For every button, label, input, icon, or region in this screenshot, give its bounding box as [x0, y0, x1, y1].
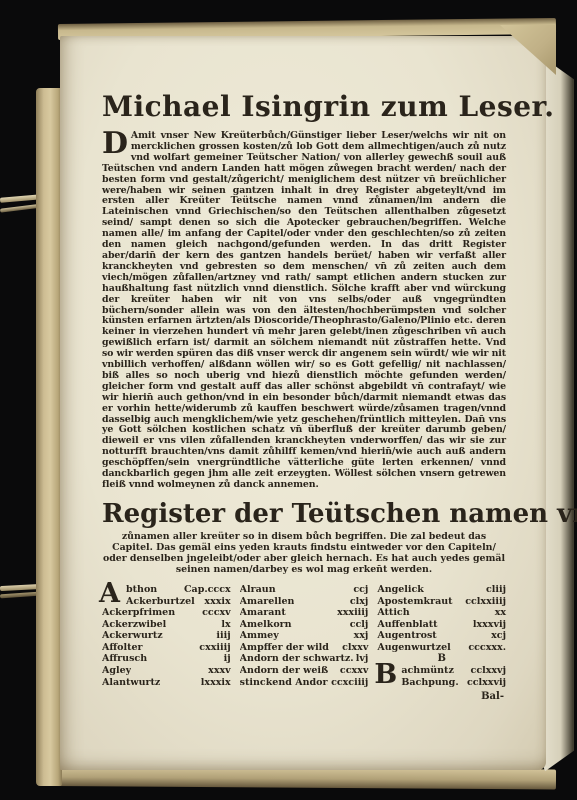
- index-entry: Augentrost xcj: [377, 630, 506, 642]
- entry-name: Amarellen: [240, 596, 295, 608]
- entry-name: Auffenblatt: [377, 619, 437, 631]
- drop-cap-d: D: [102, 131, 131, 154]
- entry-name: Agley: [102, 665, 131, 677]
- drop-cap-b: B: [374, 663, 397, 687]
- index-entry: Attich xx: [377, 607, 506, 619]
- index-entry: Amarant xxxiiij: [240, 607, 369, 619]
- register-heading: Register der Teütschen namen vnd: [102, 500, 506, 528]
- entry-page: xcj: [488, 630, 506, 642]
- index-entry: Amarellen clxj: [240, 596, 369, 608]
- entry-name: Augentrost: [377, 630, 436, 642]
- index-entry: Ackerpfrimen cccxv: [102, 607, 231, 619]
- preface-paragraph: DAmit vnser New Kreüterbůch/Günstiger li…: [102, 131, 506, 491]
- entry-name: Apostemkraut: [377, 596, 452, 608]
- entry-page: clxj: [347, 596, 369, 608]
- index-entry: Ampffer der wild clxxv: [240, 642, 369, 654]
- entry-name: Alantwurtz: [102, 677, 160, 689]
- index-column-2: Alraun ccj Amarellen clxj Amarant xxxiii…: [240, 584, 369, 688]
- entry-page: lx: [218, 619, 230, 631]
- index-entry-group-a: A bthon Cap.cccx Ackerburtzel xxxix: [102, 584, 231, 607]
- index-entry: Alantwurtz lxxxix: [102, 677, 231, 689]
- entry-name: Ammey: [240, 630, 279, 642]
- entry-name: Ackerzwibel: [102, 619, 166, 631]
- index-entry: Ackerburtzel xxxix: [126, 596, 231, 608]
- register-subheading: zůnamen aller kreüter so in disem bůch b…: [102, 531, 506, 575]
- index-entry: Affrusch ij: [102, 653, 231, 665]
- entry-page: cclj: [347, 619, 369, 631]
- index-table: A bthon Cap.cccx Ackerburtzel xxxix: [102, 584, 506, 688]
- entry-page: ccxciiij: [328, 677, 368, 689]
- index-entry: Ackerwurtz iiij: [102, 630, 231, 642]
- entry-page: cccxxx.: [465, 642, 506, 654]
- entry-page: xxxiiij: [334, 607, 368, 619]
- entry-name: Augenwurtzel: [377, 642, 450, 654]
- index-entry: Agley xxxv: [102, 665, 231, 677]
- entry-name: stinckend Andorn: [240, 677, 328, 689]
- entry-page: lvj: [353, 653, 369, 665]
- entry-page: xxxix: [201, 596, 230, 608]
- entry-page: lxxxix: [198, 677, 231, 689]
- entry-page: ij: [221, 653, 231, 665]
- entry-page: xx: [492, 607, 506, 619]
- index-entry: Andorn der schwartz. lvj: [240, 653, 369, 665]
- index-entry: stinckend Andorn ccxciiij: [240, 677, 369, 689]
- entry-name: Affolter: [102, 642, 143, 654]
- entry-page: cclxxvij: [464, 677, 506, 689]
- entry-name: Angelick: [377, 584, 424, 596]
- entry-page: cclxxiiij: [462, 596, 506, 608]
- entry-name: Affrusch: [102, 653, 147, 665]
- index-entry: Amelkorn cclj: [240, 619, 369, 631]
- clasp-strap-bottom-shadow: [0, 592, 40, 599]
- index-entry: Angelick cliij: [377, 584, 506, 596]
- index-entry: Augenwurtzel cccxxx.: [377, 642, 506, 654]
- entry-page: cxxiiij: [196, 642, 230, 654]
- entry-page: cclxxvj: [468, 665, 506, 677]
- entry-name: Attich: [377, 607, 409, 619]
- index-entry: Auffenblatt lxxxvij: [377, 619, 506, 631]
- book-photo: Michael Isingrin zum Leser. DAmit vnser …: [0, 0, 577, 800]
- preface-text: Amit vnser New Kreüterbůch/Günstiger lie…: [102, 130, 506, 490]
- index-entry: achmüntz cclxxvj: [401, 665, 506, 677]
- index-entry: Ackerzwibel lx: [102, 619, 231, 631]
- drop-cap-a: A: [99, 582, 120, 606]
- index-entry-group-b: B achmüntz cclxxvj Bachpung. cclxxvij: [377, 665, 506, 688]
- index-entry: Bachpung. cclxxvij: [401, 677, 506, 689]
- entry-page: Cap.cccx: [181, 584, 231, 596]
- entry-name: Ampffer der wild: [240, 642, 329, 654]
- entry-name: achmüntz: [401, 665, 454, 677]
- page-title: Michael Isingrin zum Leser.: [102, 92, 506, 122]
- entry-name: Bachpung.: [401, 677, 458, 689]
- entry-page: xxxv: [205, 665, 231, 677]
- catchword: Bal-: [102, 691, 506, 702]
- index-entry: Affolter cxxiiij: [102, 642, 231, 654]
- entry-page: clxxv: [339, 642, 368, 654]
- entry-name: Alraun: [240, 584, 276, 596]
- index-entry: bthon Cap.cccx: [126, 584, 231, 596]
- entry-name: Amelkorn: [240, 619, 292, 631]
- entry-name: Ackerwurtz: [102, 630, 163, 642]
- entry-page: cliij: [483, 584, 506, 596]
- entry-page: xxj: [351, 630, 369, 642]
- entry-page: iiij: [213, 630, 230, 642]
- entry-page: ccxxv: [337, 665, 368, 677]
- binding-spine-edge: [36, 88, 62, 786]
- index-column-1: A bthon Cap.cccx Ackerburtzel xxxix: [102, 584, 231, 688]
- entry-name: Ackerburtzel: [126, 596, 195, 608]
- next-page-edge: [544, 58, 574, 772]
- index-entry: Apostemkraut cclxxiiij: [377, 596, 506, 608]
- entry-page: lxxxvij: [470, 619, 506, 631]
- index-entry: Alraun ccj: [240, 584, 369, 596]
- entry-name: Andorn der schwartz.: [240, 653, 353, 665]
- book-page: Michael Isingrin zum Leser. DAmit vnser …: [60, 36, 546, 770]
- entry-name: Andorn der weiß: [240, 665, 329, 677]
- entry-page: ccj: [350, 584, 368, 596]
- entry-name: Amarant: [240, 607, 286, 619]
- index-entry: Andorn der weiß ccxxv: [240, 665, 369, 677]
- entry-page: cccxv: [199, 607, 231, 619]
- index-entry: Ammey xxj: [240, 630, 369, 642]
- index-column-3: Angelick cliij Apostemkraut cclxxiiij At…: [377, 584, 506, 688]
- page-content: Michael Isingrin zum Leser. DAmit vnser …: [102, 36, 506, 702]
- entry-name: bthon: [126, 584, 157, 596]
